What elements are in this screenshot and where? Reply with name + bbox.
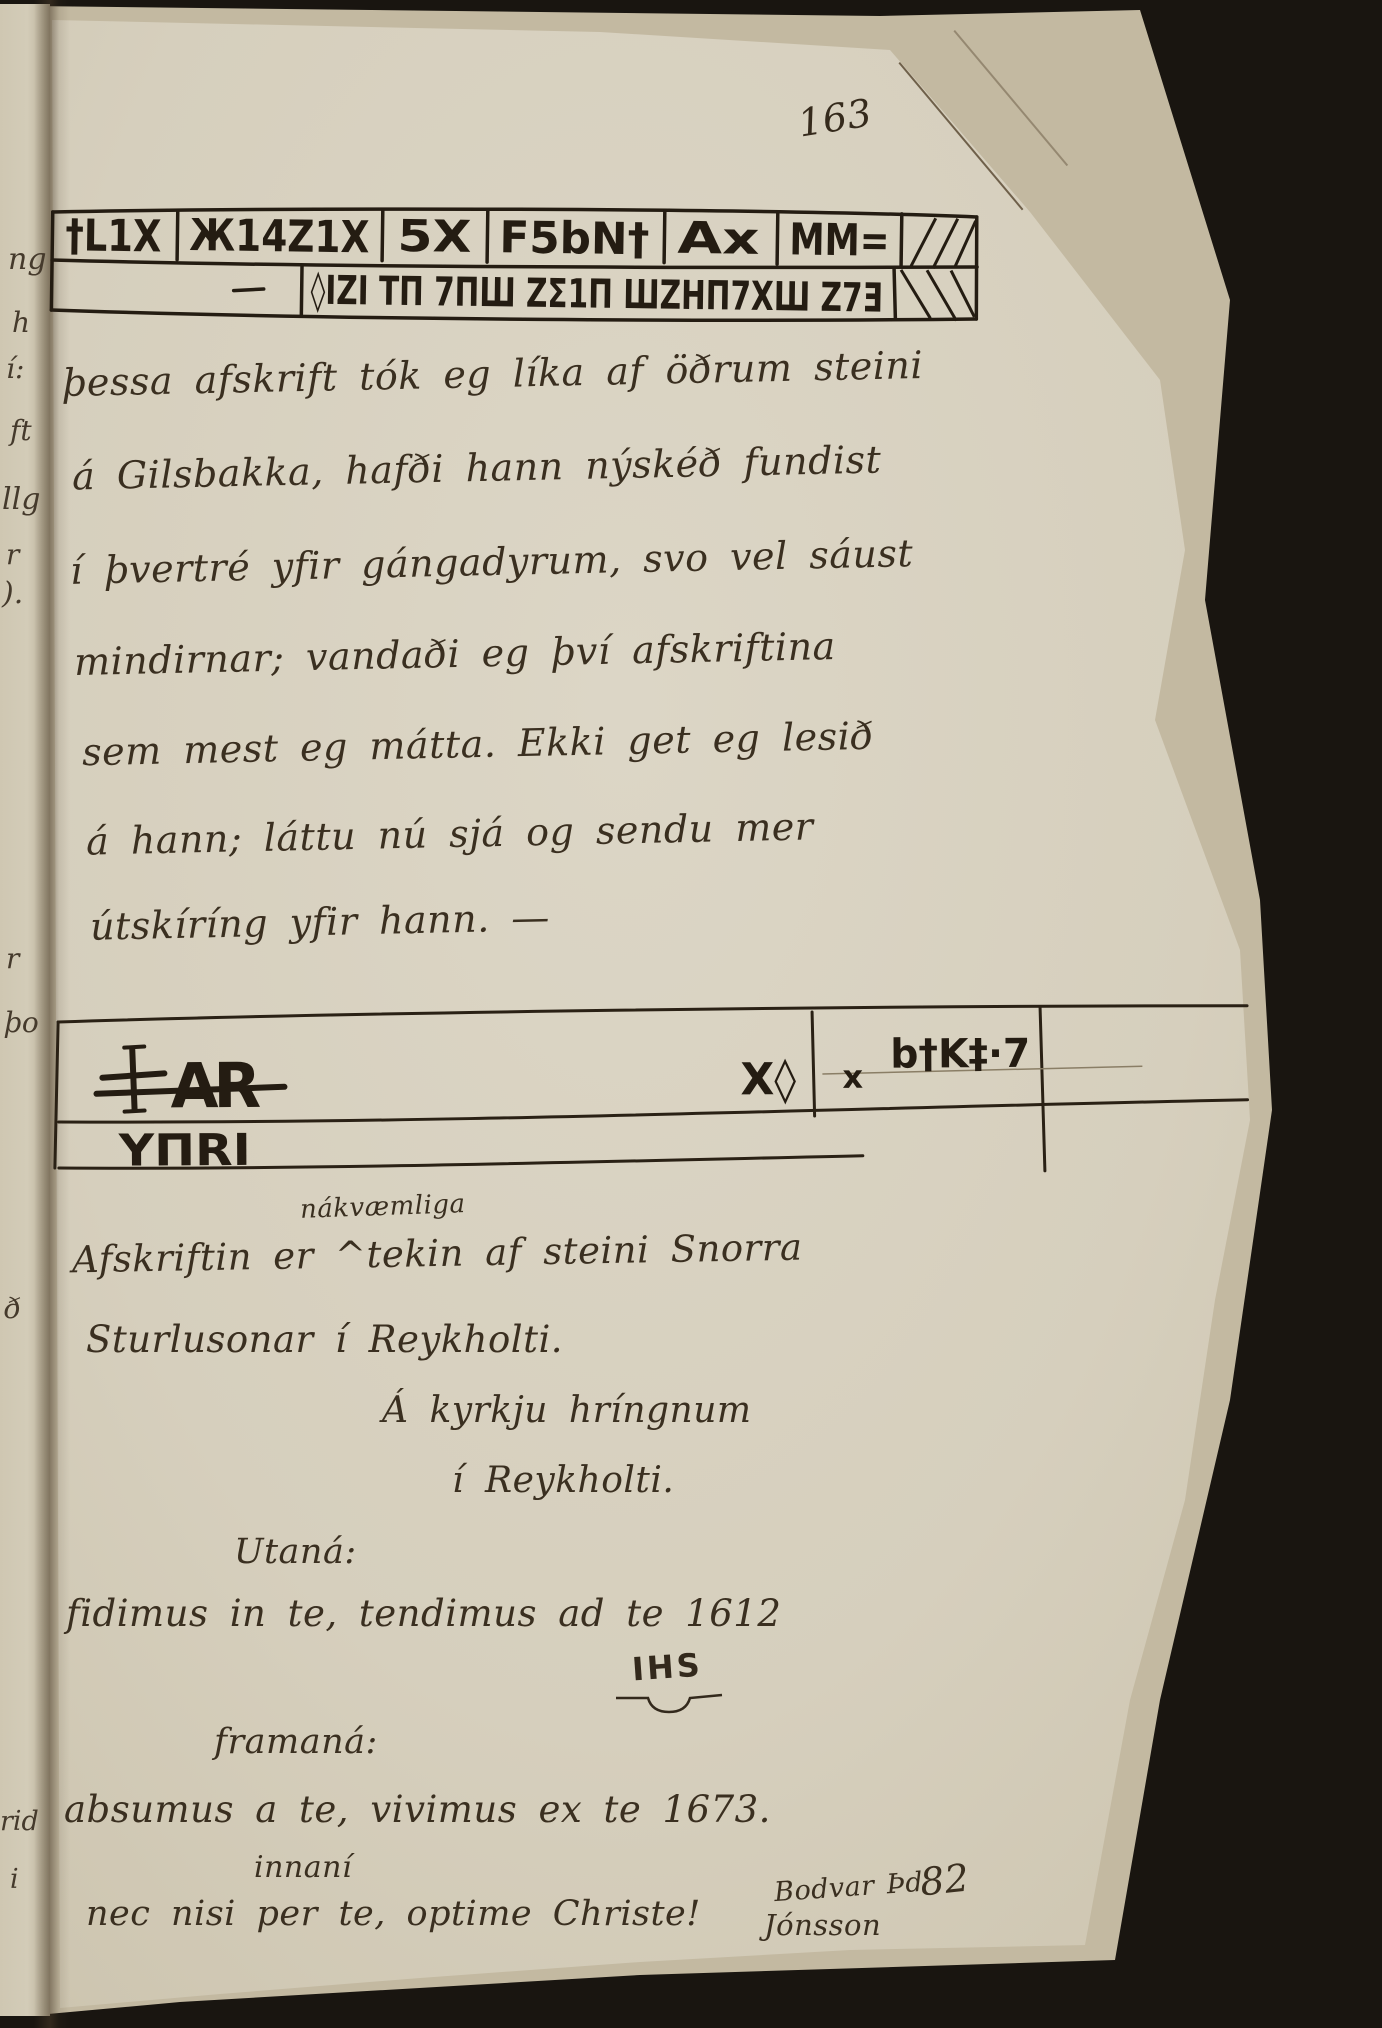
margin-fragment: llg (2, 482, 40, 517)
signature-line: Jónsson (764, 1908, 881, 1942)
ihs-christogram: IHS (631, 1646, 704, 1689)
margin-fragment: r (6, 538, 19, 571)
margin-fragment: í: (6, 352, 24, 385)
margin-fragment: r (6, 942, 19, 975)
hatch-fill (900, 218, 975, 321)
handwritten-line: innaní (254, 1850, 352, 1885)
margin-fragment: h (12, 306, 30, 339)
monogram-ar: AR (170, 1049, 260, 1122)
rune-cell: Ж14Z1X (189, 210, 370, 264)
bottom-page-number: 82 (918, 1856, 972, 1905)
handwritten-line: í Reykholti. (452, 1460, 674, 1501)
rune-inscription-middle: AR X◊ x b†K‡·7 YΠRI (52, 994, 1253, 1180)
margin-fragment: ng (8, 242, 47, 277)
handwritten-line: framaná: (214, 1722, 378, 1762)
margin-fragment: þo (4, 1006, 39, 1039)
handwritten-line: nec nisi per te, optime Christe! (86, 1894, 701, 1934)
margin-fragment: ft (10, 414, 32, 447)
ihs-flourish (614, 1692, 724, 1718)
handwritten-line: Á kyrkju hríngnum (382, 1390, 752, 1431)
handwritten-line: absumus a te, vivimus ex te 1673. (64, 1788, 771, 1831)
rune-row2: ◊IZI TΠ 7ΠШ ZΣ1Π ШZHΠ7XШ Z7Ǝ (310, 268, 883, 322)
inserted-word: nákvæmliga (300, 1189, 467, 1225)
rune-cell: F5bN† (499, 212, 650, 265)
margin-fragment: ð (4, 1292, 21, 1325)
rune-cell: MM= (789, 214, 890, 266)
rune-cell: †L1X (65, 210, 162, 262)
rune-cell: Ax (677, 213, 760, 265)
handwritten-line: Utaná: (234, 1532, 357, 1572)
x-diamond-mark: X◊ (740, 1054, 796, 1105)
small-x-mark: x (842, 1058, 863, 1096)
handwritten-line: Sturlusonar í Reykholti. (86, 1318, 563, 1361)
margin-fragment: rid (0, 1806, 39, 1837)
handwritten-line: fidimus in te, tendimus ad te 1612 (66, 1592, 781, 1635)
rune-sub-row: YΠRI (118, 1125, 251, 1177)
rune-inscription-top: †L1X Ж14Z1X 5X F5bN† Ax MM= ◊IZI TΠ 7ΠШ … (48, 194, 980, 335)
rune-right-group: b†K‡·7 (890, 1031, 1030, 1078)
rune-cell: 5X (397, 211, 472, 263)
margin-fragment: i (10, 1864, 19, 1895)
margin-fragment: ). (2, 576, 23, 611)
manuscript-scan: { "page": { "folio_number": "163", "bott… (0, 0, 1382, 2028)
